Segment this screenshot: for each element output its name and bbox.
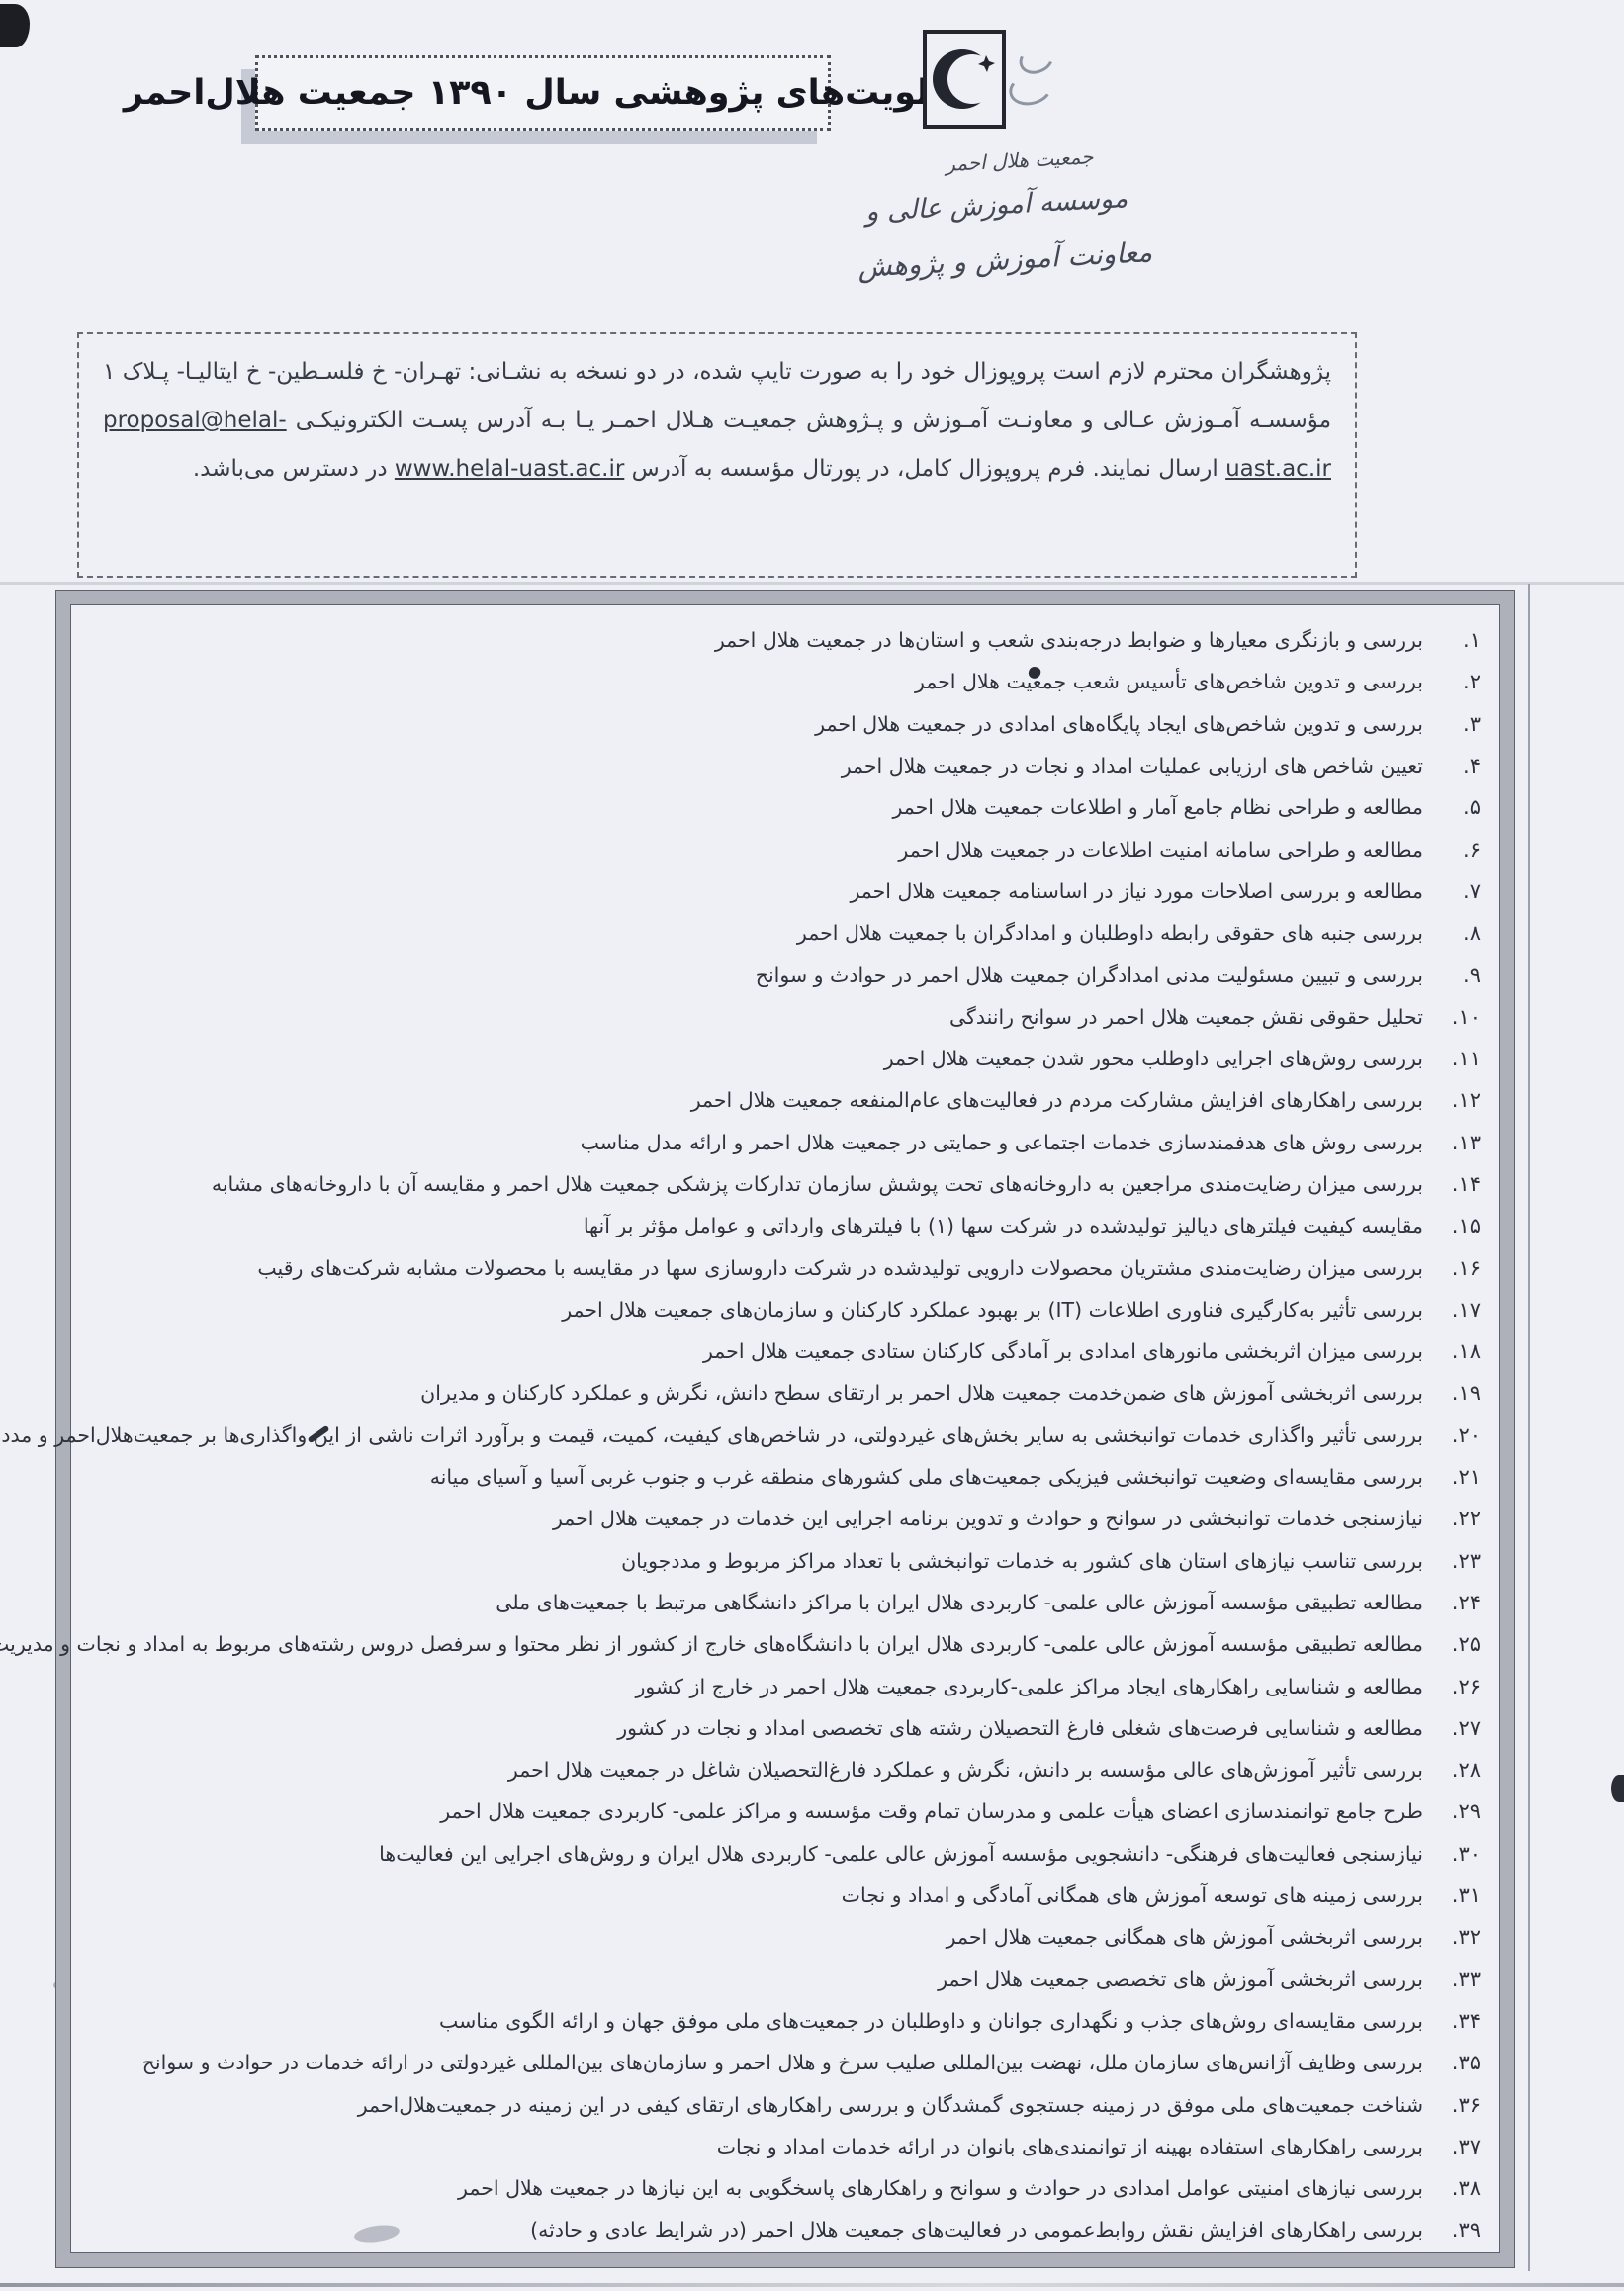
priority-list-item: ۳۰. نیازسنجی فعالیت‌های فرهنگی- دانشجویی… (84, 1833, 1481, 1875)
item-text: بررسی زمینه های توسعه آموزش های همگانی آ… (842, 1883, 1423, 1907)
item-text: نیازسنجی خدمات توانبخشی در سوانح و حوادث… (553, 1507, 1423, 1530)
item-number: ۲۴. (1423, 1591, 1481, 1614)
item-text: بررسی روش‌های اجرایی داوطلب محور شدن جمع… (884, 1047, 1423, 1070)
priority-list-item: ۳۴. بررسی مقایسه‌ای روش‌های جذب و نگهدار… (84, 2000, 1481, 2042)
item-number: ۲۹. (1423, 1799, 1481, 1823)
item-number: ۱۹. (1423, 1381, 1481, 1405)
priority-list-item: ۱۲. بررسی راهکارهای افزایش مشارکت مردم د… (84, 1079, 1481, 1121)
priority-list-item: ۶. مطالعه و طراحی سامانه امنیت اطلاعات د… (84, 828, 1481, 870)
item-number: ۴. (1423, 754, 1481, 778)
priority-list-item: ۲۲. نیازسنجی خدمات توانبخشی در سوانح و ح… (84, 1498, 1481, 1539)
item-number: ۷. (1423, 879, 1481, 903)
item-number: ۱۷. (1423, 1298, 1481, 1322)
item-number: ۳۴. (1423, 2009, 1481, 2033)
priority-list-item: ۲۸. بررسی تأثیر آموزش‌های عالی مؤسسه بر … (84, 1749, 1481, 1790)
priorities-list-box: ۱. بررسی و بازنگری معیارها و ضوابط درجه‌… (56, 591, 1514, 2267)
item-text: نیازسنجی فعالیت‌های فرهنگی- دانشجویی مؤس… (379, 1842, 1423, 1866)
priority-list-item: ۹. بررسی و تبیین مسئولیت مدنی امدادگران … (84, 954, 1481, 995)
item-text: مقایسه کیفیت فیلترهای دیالیز تولیدشده در… (584, 1214, 1423, 1237)
item-text: بررسی وظایف آژانس‌های سازمان ملل، نهضت ب… (142, 2051, 1423, 2074)
item-text: بررسی اثربخشی آموزش های همگانی جمعیت هلا… (947, 1925, 1423, 1949)
title-banner: اولویت‌های پژوهشی سال ۱۳۹۰ جمعیت هلال‌اح… (255, 55, 831, 131)
item-number: ۳۶. (1423, 2093, 1481, 2117)
item-number: ۱۳. (1423, 1131, 1481, 1154)
scan-artifact-edge-blob (1611, 1775, 1624, 1802)
item-number: ۱۵. (1423, 1214, 1481, 1237)
priority-list-item: ۳۸. بررسی نیازهای امنیتی عوامل امدادی در… (84, 2167, 1481, 2209)
item-number: ۳۱. (1423, 1883, 1481, 1907)
item-number: ۳۵. (1423, 2051, 1481, 2074)
item-text: بررسی مقایسه‌ای وضعیت توانبخشی فیزیکی جم… (430, 1465, 1423, 1489)
priority-list-item: ۱۵. مقایسه کیفیت فیلترهای دیالیز تولیدشد… (84, 1205, 1481, 1246)
priority-list-item: ۵. مطالعه و طراحی نظام جامع آمار و اطلاع… (84, 786, 1481, 828)
priority-list-item: ۷. مطالعه و بررسی اصلاحات مورد نیاز در ا… (84, 871, 1481, 912)
item-text: بررسی راهکارهای افزایش مشارکت مردم در فع… (691, 1088, 1423, 1112)
priority-list-item: ۲۷. مطالعه و شناسایی فرصت‌های شغلی فارغ … (84, 1707, 1481, 1749)
item-number: ۶. (1423, 838, 1481, 862)
item-text: بررسی تناسب نیازهای استان های کشور به خد… (621, 1549, 1423, 1573)
pencil-squiggle-mark (1005, 44, 1062, 105)
item-number: ۲۶. (1423, 1675, 1481, 1698)
priority-list-item: ۱. بررسی و بازنگری معیارها و ضوابط درجه‌… (84, 619, 1481, 661)
priority-list-item: ۱۶. بررسی میزان رضایت‌مندی مشتریان محصول… (84, 1246, 1481, 1288)
item-number: ۲۷. (1423, 1716, 1481, 1740)
stamp-line-society: جمعیت هلال احمر (945, 144, 1094, 176)
item-number: ۳۹. (1423, 2218, 1481, 2242)
stamp-line-institute: موسسه آموزش عالی و (864, 183, 1128, 228)
priority-list-item: ۲۴. مطالعه تطبیقی مؤسسه آموزش عالی علمی-… (84, 1582, 1481, 1623)
stamp-line-deputy: معاونت آموزش و پژوهش (857, 235, 1153, 284)
item-text: مطالعه و طراحی سامانه امنیت اطلاعات در ج… (898, 838, 1423, 862)
item-number: ۱۴. (1423, 1172, 1481, 1196)
scan-noise-line-bottom (0, 2283, 1624, 2287)
priority-list-item: ۴. تعیین شاخص های ارزیابی عملیات امداد و… (84, 745, 1481, 786)
priority-list-item: ۱۴. بررسی میزان رضایت‌مندی مراجعین به دا… (84, 1163, 1481, 1205)
item-text: بررسی و تدوین شاخص‌های تأسیس شعب جمعیت ه… (915, 670, 1423, 693)
priority-list-item: ۱۹. بررسی اثربخشی آموزش های ضمن‌خدمت جمع… (84, 1372, 1481, 1414)
priority-list-item: ۱۷. بررسی تأثیر به‌کارگیری فناوری اطلاعا… (84, 1289, 1481, 1330)
scan-fold-line (1528, 584, 1530, 2271)
item-number: ۱. (1423, 628, 1481, 652)
item-text: بررسی مقایسه‌ای روش‌های جذب و نگهداری جو… (439, 2009, 1423, 2033)
priority-list-item: ۳۹. بررسی راهکارهای افزایش نقش روابط‌عمو… (84, 2209, 1481, 2250)
item-text: بررسی میزان رضایت‌مندی مشتریان محصولات د… (257, 1256, 1423, 1280)
item-number: ۳۰. (1423, 1842, 1481, 1866)
item-text: تحلیل حقوقی نقش جمعیت هلال احمر در سوانح… (949, 1005, 1423, 1029)
item-text: بررسی راهکارهای استفاده بهینه از توانمند… (717, 2135, 1423, 2158)
scanned-document-page: { "banner": { "title": "اولویت‌های پژوهش… (0, 0, 1624, 2291)
item-text: مطالعه و شناسایی فرصت‌های شغلی فارغ التح… (617, 1716, 1423, 1740)
priority-list-item: ۳۵. بررسی وظایف آژانس‌های سازمان ملل، نه… (84, 2042, 1481, 2083)
item-text: بررسی تأثیر واگذاری خدمات توانبخشی به سا… (0, 1423, 1423, 1447)
item-text: طرح جامع توانمندسازی اعضای هیأت علمی و م… (440, 1799, 1423, 1823)
priority-list-item: ۲۹. طرح جامع توانمندسازی اعضای هیأت علمی… (84, 1790, 1481, 1832)
item-text: مطالعه تطبیقی مؤسسه آموزش عالی علمی- کار… (496, 1591, 1423, 1614)
item-number: ۳۳. (1423, 1968, 1481, 1991)
item-number: ۲. (1423, 670, 1481, 693)
item-text: بررسی نیازهای امنیتی عوامل امدادی در حوا… (458, 2176, 1423, 2200)
item-text: مطالعه و شناسایی راهکارهای ایجاد مراکز ع… (635, 1675, 1423, 1698)
item-text: بررسی اثربخشی آموزش های ضمن‌خدمت جمعیت ه… (420, 1381, 1423, 1405)
item-text: شناخت جمعیت‌های ملی موفق در زمینه جستجوی… (358, 2093, 1423, 2117)
portal-website-link[interactable]: www.helal-uast.ac.ir (395, 456, 624, 482)
submission-notice-box: پژوهشگران محترم لازم است پروپوزال خود را… (77, 332, 1357, 578)
priorities-list: ۱. بررسی و بازنگری معیارها و ضوابط درجه‌… (70, 604, 1500, 2253)
priority-list-item: ۱۰. تحلیل حقوقی نقش جمعیت هلال احمر در س… (84, 996, 1481, 1038)
item-number: ۲۰. (1423, 1423, 1481, 1447)
priority-list-item: ۳. بررسی و تدوین شاخص‌های ایجاد پایگاه‌ه… (84, 703, 1481, 745)
notice-text-part3: در دسترس می‌باشد. (193, 456, 388, 482)
item-text: بررسی اثربخشی آموزش های تخصصی جمعیت هلال… (938, 1968, 1423, 1991)
priority-list-item: ۱۳. بررسی روش های هدفمندسازی خدمات اجتما… (84, 1122, 1481, 1163)
item-text: مطالعه و طراحی نظام جامع آمار و اطلاعات … (892, 795, 1423, 819)
item-number: ۲۳. (1423, 1549, 1481, 1573)
item-number: ۳۷. (1423, 2135, 1481, 2158)
item-number: ۱۶. (1423, 1256, 1481, 1280)
priority-list-item: ۳۱. بررسی زمینه های توسعه آموزش های همگا… (84, 1875, 1481, 1916)
item-text: بررسی تأثیر آموزش‌های عالی مؤسسه بر دانش… (508, 1758, 1423, 1782)
priority-list-item: ۲. بررسی و تدوین شاخص‌های تأسیس شعب جمعی… (84, 661, 1481, 702)
priority-list-item: ۳۲. بررسی اثربخشی آموزش های همگانی جمعیت… (84, 1916, 1481, 1958)
item-text: بررسی میزان اثربخشی مانورهای امدادی بر آ… (703, 1339, 1423, 1363)
priority-list-item: ۱۸. بررسی میزان اثربخشی مانورهای امدادی … (84, 1330, 1481, 1372)
item-text: بررسی جنبه های حقوقی رابطه داوطلبان و ام… (797, 921, 1423, 945)
item-number: ۹. (1423, 963, 1481, 987)
item-text: تعیین شاخص های ارزیابی عملیات امداد و نج… (842, 754, 1423, 778)
item-text: بررسی و تدوین شاخص‌های ایجاد پایگاه‌های … (815, 712, 1423, 736)
item-number: ۱۸. (1423, 1339, 1481, 1363)
item-number: ۲۵. (1423, 1632, 1481, 1656)
item-text: مطالعه و بررسی اصلاحات مورد نیاز در اساس… (850, 879, 1423, 903)
priority-list-item: ۲۰. بررسی تأثیر واگذاری خدمات توانبخشی ب… (84, 1415, 1481, 1456)
item-text: مطالعه تطبیقی مؤسسه آموزش عالی علمی- کار… (0, 1632, 1423, 1656)
item-number: ۱۰. (1423, 1005, 1481, 1029)
priority-list-item: ۸. بررسی جنبه های حقوقی رابطه داوطلبان و… (84, 912, 1481, 954)
scan-artifact-corner-blob (0, 4, 30, 47)
item-number: ۲۱. (1423, 1465, 1481, 1489)
item-text: بررسی و تبیین مسئولیت مدنی امدادگران جمع… (756, 963, 1423, 987)
notice-text-part1: پژوهشگران محترم لازم است پروپوزال خود را… (103, 359, 1331, 433)
item-text: بررسی راهکارهای افزایش نقش روابط‌عمومی د… (530, 2218, 1423, 2242)
item-number: ۱۲. (1423, 1088, 1481, 1112)
priority-list-item: ۳۳. بررسی اثربخشی آموزش های تخصصی جمعیت … (84, 1959, 1481, 2000)
priority-list-item: ۱۱. بررسی روش‌های اجرایی داوطلب محور شدن… (84, 1038, 1481, 1079)
crescent-icon (927, 34, 1002, 125)
priority-list-item: ۲۵. مطالعه تطبیقی مؤسسه آموزش عالی علمی-… (84, 1623, 1481, 1665)
priority-list-item: ۲۶. مطالعه و شناسایی راهکارهای ایجاد مرا… (84, 1665, 1481, 1706)
scan-noise-line-top (0, 582, 1624, 585)
notice-text-part2: ارسال نمایند. فرم پروپوزال کامل، در پورت… (632, 456, 1218, 482)
item-number: ۲۸. (1423, 1758, 1481, 1782)
item-number: ۱۱. (1423, 1047, 1481, 1070)
item-number: ۳. (1423, 712, 1481, 736)
item-text: بررسی تأثیر به‌کارگیری فناوری اطلاعات (I… (562, 1298, 1423, 1322)
item-text: بررسی و بازنگری معیارها و ضوابط درجه‌بند… (715, 628, 1423, 652)
priority-list-item: ۲۱. بررسی مقایسه‌ای وضعیت توانبخشی فیزیک… (84, 1456, 1481, 1498)
item-number: ۳۲. (1423, 1925, 1481, 1949)
item-number: ۸. (1423, 921, 1481, 945)
page-title: اولویت‌های پژوهشی سال ۱۳۹۰ جمعیت هلال‌اح… (124, 73, 962, 113)
red-crescent-logo (923, 30, 1006, 129)
item-number: ۲۲. (1423, 1507, 1481, 1530)
priority-list-item: ۳۶. شناخت جمعیت‌های ملی موفق در زمینه جس… (84, 2083, 1481, 2125)
item-text: بررسی میزان رضایت‌مندی مراجعین به داروخا… (212, 1172, 1423, 1196)
item-number: ۳۸. (1423, 2176, 1481, 2200)
priority-list-item: ۳۷. بررسی راهکارهای استفاده بهینه از توا… (84, 2126, 1481, 2167)
item-text: بررسی روش های هدفمندسازی خدمات اجتماعی و… (581, 1131, 1423, 1154)
priority-list-item: ۲۳. بررسی تناسب نیازهای استان های کشور ب… (84, 1540, 1481, 1582)
item-number: ۵. (1423, 795, 1481, 819)
